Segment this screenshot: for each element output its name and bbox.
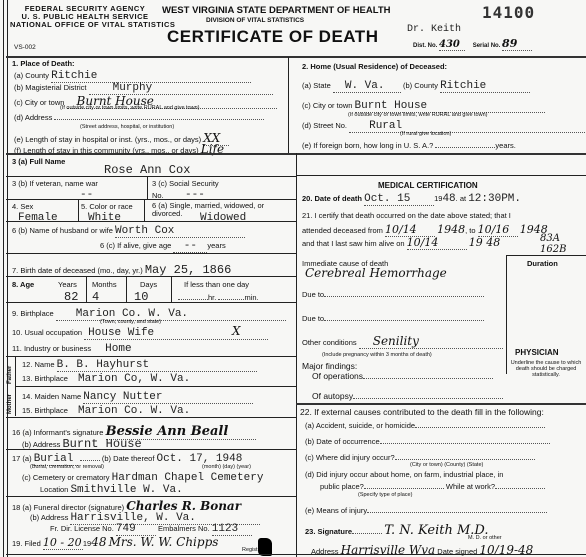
sex-label: 4. Sex — [12, 202, 33, 211]
divider — [6, 253, 296, 254]
mother-name-value: Nancy Nutter — [83, 391, 253, 404]
spouse-row: 6 (b) Name of husband or wife Worth Cox — [12, 225, 245, 238]
spouse-label: 6 (b) Name of husband or wife — [12, 226, 113, 235]
funeral-address-label: (b) Address — [30, 513, 68, 522]
place-of-death-heading: 1. Place of Death: — [12, 59, 75, 68]
state-department: WEST VIRGINIA STATE DEPARTMENT OF HEALTH — [162, 5, 391, 16]
occupation-label: 10. Usual occupation — [12, 328, 82, 337]
death-certificate: FEDERAL SECURITY AGENCY U. S. PUBLIC HEA… — [0, 0, 586, 557]
where-label: (c) Where did injury occur? — [305, 453, 395, 462]
divider — [6, 496, 296, 497]
means-label: (e) Means of injury — [305, 506, 367, 515]
other-conditions-row: Other conditions Senility — [302, 334, 503, 349]
occurrence-row: (b) Date of occurrence — [305, 437, 550, 446]
divider — [6, 199, 296, 200]
due-to-label: Due to — [302, 290, 324, 299]
due-to-label: Due to — [302, 314, 324, 323]
father-name-label: 12. Name — [22, 360, 55, 369]
birth-value: May 25, 1866 — [145, 263, 231, 277]
mother-birthplace-value: Marion Co. W. Va. — [70, 405, 190, 417]
funeral-director-signature: Charles R. Bonar — [126, 499, 241, 513]
dist-serial: Dist. No. 430 Serial No. 89 — [413, 37, 532, 51]
spouse-age-suffix: years — [207, 241, 225, 250]
where-note: (City or town) (County) (State) — [410, 462, 483, 468]
at-label: at — [460, 194, 466, 203]
father-birthplace-value: Marion Co, W. Va. — [70, 373, 190, 385]
county-label: (a) County — [14, 71, 49, 80]
months-label: Months — [92, 280, 117, 289]
district-label: (b) Magisterial District — [14, 83, 87, 92]
filed-row: 19. Filed 10 - 201948 Mrs. W. W. Chipps — [12, 535, 218, 550]
mother-name-row: 14. Maiden Name Nancy Nutter — [22, 391, 253, 404]
burial-date-note: (month) (day) (year) — [202, 464, 251, 470]
attended-from: 10/14 — [385, 223, 435, 237]
left-border — [3, 0, 8, 557]
race-value: White — [88, 212, 121, 224]
burial-date-label: (b) Date thereof — [102, 454, 155, 463]
autopsy-label: Of autopsy — [312, 391, 353, 401]
birthplace-note: (Town, county, and state) — [100, 319, 161, 325]
divider — [6, 449, 296, 450]
division: DIVISION OF VITAL STATISTICS — [206, 17, 304, 24]
divider — [6, 302, 296, 303]
mother-name-label: 14. Maiden Name — [22, 392, 81, 401]
city-label: (c) City or town — [14, 98, 64, 107]
public-row: public place? While at work? — [320, 482, 545, 491]
embalmer-label: Embalmers No. — [158, 524, 210, 533]
spouse-age-value: -- — [173, 240, 207, 253]
serial-no: 89 — [502, 37, 532, 51]
dist-no: 430 — [439, 39, 465, 51]
spouse-age-label: 6 (c) If alive, give age — [100, 241, 171, 250]
address-note: (Street address, hospital, or institutio… — [80, 124, 174, 130]
form-number: VS-002 — [14, 44, 36, 51]
certificate-stamp-number: 14100 — [482, 3, 535, 22]
divider — [86, 276, 87, 302]
md-label: M. D. or other — [468, 535, 502, 541]
funeral-director-row: 18 (a) Funeral director (signature) Char… — [12, 499, 241, 513]
occurrence-label: (b) Date of occurrence — [305, 437, 380, 446]
license-label: Fr. Dir. License No. — [50, 524, 114, 533]
mother-birthplace-row: 15. Birthplace Marion Co. W. Va. — [22, 405, 190, 417]
divider — [15, 386, 296, 387]
industry-label: 11. Industry or business — [12, 344, 91, 353]
signature-row: 23. Signature T. N. Keith M.D. — [305, 523, 489, 538]
street-value: Rural — [349, 120, 586, 133]
major-findings-label: Major findings: — [302, 361, 357, 371]
where-row: (c) Where did injury occur? — [305, 453, 535, 462]
immediate-cause: Cerebreal Hemorrhage — [305, 266, 447, 280]
full-name-label: 3 (a) Full Name — [12, 157, 65, 166]
informant-address-label: (b) Address — [22, 440, 60, 449]
death-date-value: Oct. 15 — [364, 193, 434, 206]
duration-label: Duration — [527, 259, 558, 268]
funeral-director-label: 18 (a) Funeral director (signature) — [12, 503, 124, 512]
informant-label: 16 (a) Informant's signature — [12, 428, 103, 437]
address-row: (d) Address — [14, 113, 264, 122]
filed-year: 48 — [91, 535, 106, 549]
certificate-title: CERTIFICATE OF DEATH — [167, 27, 378, 47]
location-label: Location — [40, 485, 68, 494]
divider — [144, 199, 145, 221]
cemetery-label: (c) Cemetery or crematory — [22, 473, 110, 482]
mother-birthplace-label: 15. Birthplace — [22, 406, 68, 415]
father-name-value: B. B. Hayhurst — [57, 359, 257, 372]
cemetery-row: (c) Cemetery or crematory Hardman Chapel… — [22, 472, 263, 484]
means-row: (e) Means of injury — [305, 506, 547, 515]
death-date-row: 20. Date of death Oct. 151948. at 12:30P… — [302, 193, 521, 206]
divider — [171, 276, 172, 302]
accident-row: (a) Accident, suicide, or homicide — [305, 421, 545, 430]
divider — [6, 56, 586, 58]
last-seen-value: 10/14 — [407, 236, 467, 250]
other-conditions-value: Senility — [359, 334, 503, 349]
father-birthplace-row: 13. Birthplace Marion Co, W. Va. — [22, 373, 190, 385]
last-seen-label: and that I last saw him alive on — [302, 239, 405, 248]
medical-heading: MEDICAL CERTIFICATION — [378, 181, 478, 190]
divider — [6, 176, 296, 177]
filed-date: 10 - 20 — [43, 536, 83, 550]
mother-tag: Mother — [7, 394, 13, 414]
birth-row: 7. Birth date of deceased (mo., day, yr.… — [12, 263, 231, 277]
due-to-1: Due to — [302, 290, 484, 299]
spouse-value: Worth Cox — [115, 225, 245, 238]
foreign-label: (e) If foreign born, how long in U. S. A… — [302, 141, 433, 150]
hr-min: hr. min. — [178, 293, 259, 302]
veteran-label: 3 (b) If veteran, name war — [12, 179, 98, 188]
sex-value: Female — [18, 212, 58, 224]
external-heading: 22. If external causes contributed to th… — [300, 407, 544, 417]
marital-value: Widowed — [200, 212, 246, 224]
last-seen-year: 19 48 — [469, 236, 501, 249]
margin-note-2: 162B — [540, 244, 566, 255]
ss-label: 3 (c) Social Security — [152, 179, 219, 188]
state-value: W. Va. — [333, 80, 401, 93]
age-label: 8. Age — [12, 280, 34, 289]
divider — [6, 554, 586, 555]
occupation-mark: X — [232, 324, 241, 338]
pregnancy-note: (Include pregnancy within 3 months of de… — [322, 352, 432, 358]
registrar-name: Dr. Keith — [407, 24, 461, 35]
due-to-2: Due to — [302, 314, 484, 323]
death-date-label: 20. Date of death — [302, 194, 362, 203]
father-birthplace-label: 13. Birthplace — [22, 374, 68, 383]
divider — [288, 57, 289, 153]
place-note: (Specify type of place) — [358, 492, 412, 498]
divider — [296, 175, 586, 176]
divider — [6, 417, 296, 418]
serial-no-label: Serial No. — [473, 43, 501, 49]
burial-type-label: 17 (a) — [12, 454, 32, 463]
race-label: 5. Color or race — [81, 202, 133, 211]
foreign-row: (e) If foreign born, how long in U. S. A… — [302, 141, 516, 150]
operations-row: Of operations — [312, 371, 493, 381]
signature-label: 23. Signature — [305, 527, 352, 536]
address-value — [54, 119, 264, 120]
foreign-value — [435, 147, 495, 148]
occupation-row: 10. Usual occupation House Wife — [12, 327, 268, 340]
divider — [6, 356, 296, 357]
father-tag: Father — [7, 366, 13, 384]
birthplace-value: Marion Co. W. Va. — [56, 308, 286, 321]
death-year: 48 — [442, 193, 455, 205]
home-county-label: (b) County — [403, 81, 438, 90]
work-label: While at work? — [446, 482, 495, 491]
foreign-suffix: years. — [495, 141, 515, 150]
state-label: (a) State — [302, 81, 331, 90]
divider — [6, 276, 296, 277]
attended-label: attended deceased from — [302, 226, 383, 235]
home-heading: 2. Home (Usual Residence) of Deceased: — [302, 62, 447, 71]
home-state-row: (a) State W. Va. (b) County Ritchie — [302, 80, 530, 93]
divider — [6, 221, 296, 222]
cemetery-value: Hardman Chapel Cemetery — [112, 472, 264, 484]
agency-block: FEDERAL SECURITY AGENCY U. S. PUBLIC HEA… — [10, 5, 160, 29]
filed-label: 19. Filed — [12, 539, 41, 548]
physician-note: Underline the cause to which death shoul… — [510, 360, 582, 378]
other-conditions-label: Other conditions — [302, 338, 357, 347]
birth-label: 7. Birth date of deceased (mo., day, yr.… — [12, 266, 143, 275]
birthplace-label: 9. Birthplace — [12, 309, 54, 318]
industry-value: Home — [93, 343, 131, 355]
spouse-age-row: 6 (c) If alive, give age --years — [100, 240, 226, 253]
registrar-signature: Mrs. W. W. Chipps — [109, 535, 219, 549]
attended-to: 10/16 — [478, 223, 518, 237]
street-note: (If rural give location) — [400, 131, 451, 137]
less-day-label: If less than one day — [184, 280, 249, 289]
divider — [296, 153, 297, 557]
home-city-note: (If outside city or town limits, write R… — [348, 112, 487, 118]
industry-row: 11. Industry or business Home — [12, 343, 132, 355]
filed-year-prefix: 19 — [83, 539, 91, 548]
certify-text: 21. I certify that death occurred on the… — [302, 211, 511, 220]
days-label: Days — [140, 280, 157, 289]
physician-heading: PHYSICIAN — [515, 348, 559, 357]
agency-line: NATIONAL OFFICE OF VITAL STATISTICS — [10, 21, 160, 29]
attended-row: attended deceased from 10/14 1948, to 10… — [302, 223, 548, 237]
death-time: 12:30PM. — [468, 193, 521, 205]
burial-type-note: (Burial, cremation, or removal) — [30, 464, 104, 470]
accident-label: (a) Accident, suicide, or homicide — [305, 421, 415, 430]
divider — [78, 199, 79, 221]
home-county-value: Ritchie — [440, 80, 530, 93]
public-label: public place? — [320, 482, 364, 491]
father-name-row: 12. Name B. B. Hayhurst — [22, 359, 257, 372]
to-label: to — [469, 226, 475, 235]
min-label: min. — [244, 293, 258, 302]
last-seen-row: and that I last saw him alive on 10/14 1… — [302, 236, 500, 250]
home-city-label: (c) City or town — [302, 101, 352, 110]
hr-label: hr. — [208, 293, 216, 302]
address-label: (d) Address — [14, 113, 52, 122]
margin-note-1: 83A — [540, 233, 560, 244]
years-label: Years — [58, 280, 77, 289]
divider — [296, 403, 586, 405]
autopsy-row: Of autopsy — [312, 391, 503, 401]
divider — [147, 176, 148, 199]
about-label: (d) Did injury occur about home, on farm… — [305, 470, 503, 479]
attended-from-year: 1948 — [437, 223, 465, 236]
divider — [126, 276, 127, 302]
city-note: (If outside city or town limits, write R… — [60, 105, 199, 111]
operations-label: Of operations — [312, 371, 363, 381]
full-name-value: Rose Ann Cox — [104, 163, 190, 177]
street-label: (d) Street No. — [302, 121, 347, 130]
dist-no-label: Dist. No. — [413, 43, 437, 49]
